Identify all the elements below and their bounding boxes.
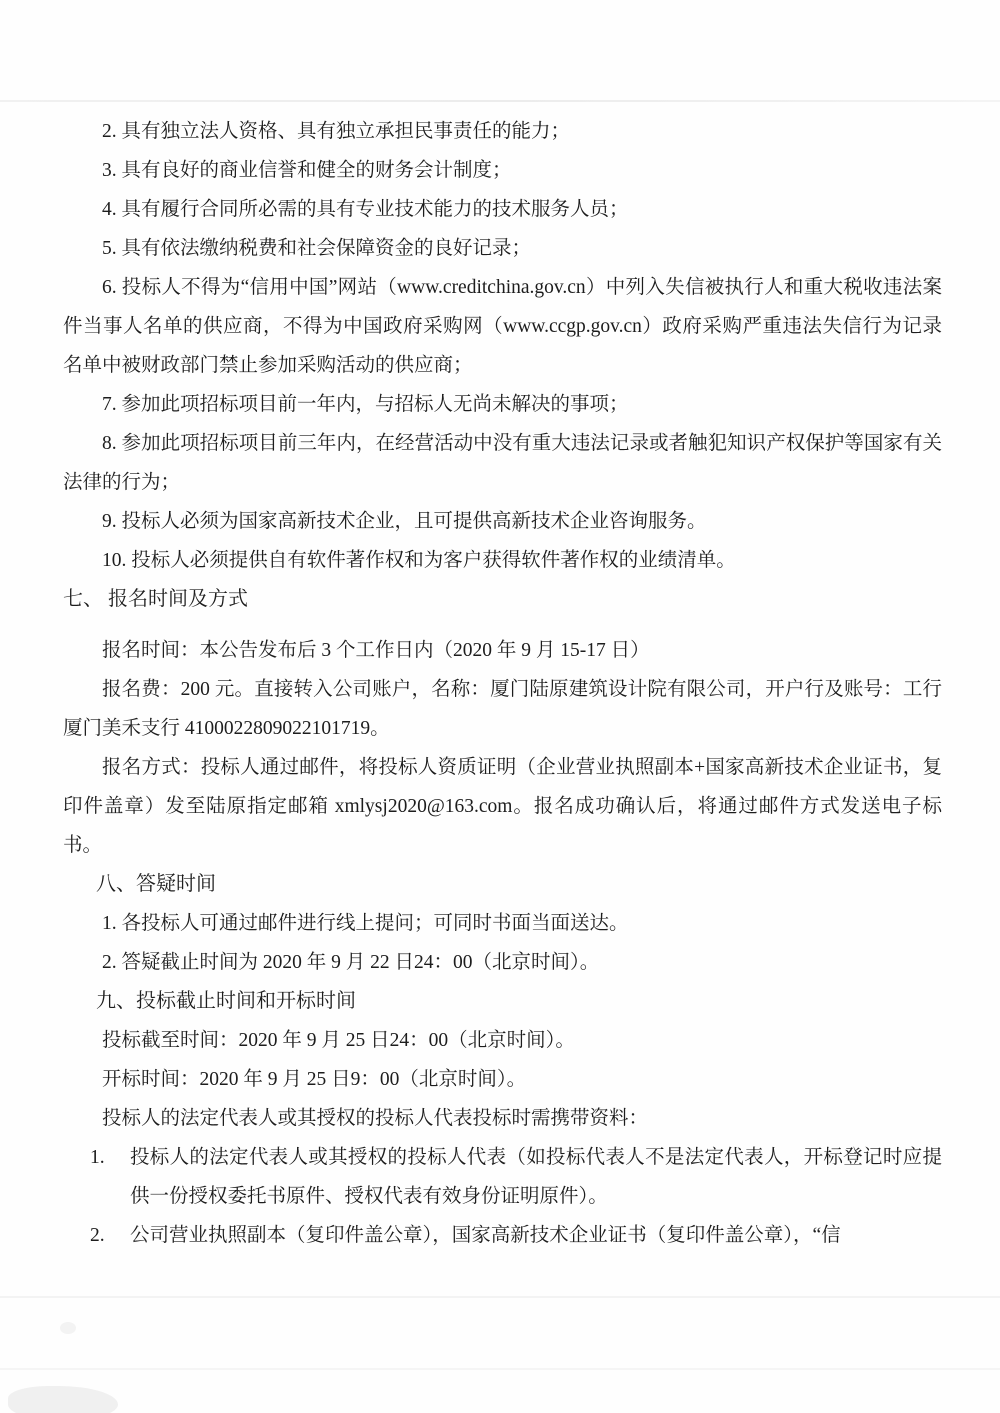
qualification-item-8: 8. 参加此项招标项目前三年内，在经营活动中没有重大违法记录或者触犯知识产权保护…	[63, 424, 942, 502]
paragraph-bid-deadline: 投标截至时间：2020 年 9 月 25 日24：00（北京时间）。	[63, 1021, 942, 1060]
section-heading-qa-time: 八、答疑时间	[63, 865, 942, 904]
qualification-item-2: 2. 具有独立法人资格、具有独立承担民事责任的能力；	[63, 112, 942, 151]
paragraph-registration-time: 报名时间：本公告发布后 3 个工作日内（2020 年 9 月 15-17 日）	[63, 631, 942, 670]
qualification-item-5: 5. 具有依法缴纳税费和社会保障资金的良好记录；	[63, 229, 942, 268]
list-item-number: 2.	[90, 1216, 130, 1255]
list-item-text: 公司营业执照副本（复印件盖公章），国家高新技术企业证书（复印件盖公章），“信	[130, 1216, 942, 1255]
materials-list-item-1: 1. 投标人的法定代表人或其授权的投标人代表（如投标代表人不是法定代表人，开标登…	[90, 1138, 942, 1216]
scan-artifact-line	[0, 100, 1000, 102]
list-item-text: 投标人的法定代表人或其授权的投标人代表（如投标代表人不是法定代表人，开标登记时应…	[130, 1138, 942, 1216]
list-item-number: 1.	[90, 1138, 130, 1216]
qualification-item-10: 10. 投标人必须提供自有软件著作权和为客户获得软件著作权的业绩清单。	[63, 541, 942, 580]
scan-artifact-smudge	[60, 1322, 76, 1334]
qualification-item-7: 7. 参加此项招标项目前一年内，与招标人无尚未解决的事项；	[63, 385, 942, 424]
materials-list-item-2: 2. 公司营业执照副本（复印件盖公章），国家高新技术企业证书（复印件盖公章），“…	[90, 1216, 942, 1255]
qualification-item-4: 4. 具有履行合同所必需的具有专业技术能力的技术服务人员；	[63, 190, 942, 229]
scan-artifact-line	[0, 1368, 1000, 1370]
paragraph-registration-method: 报名方式：投标人通过邮件，将投标人资质证明（企业营业执照副本+国家高新技术企业证…	[63, 748, 942, 865]
qualification-item-6: 6. 投标人不得为“信用中国”网站（www.creditchina.gov.cn…	[63, 268, 942, 385]
qa-item-1: 1. 各投标人可通过邮件进行线上提问；可同时书面当面送达。	[63, 904, 942, 943]
scan-artifact-line	[0, 1296, 1000, 1298]
document-page: 2. 具有独立法人资格、具有独立承担民事责任的能力； 3. 具有良好的商业信誉和…	[0, 0, 1000, 1413]
paragraph-registration-fee: 报名费：200 元。直接转入公司账户，名称：厦门陆原建筑设计院有限公司，开户行及…	[63, 670, 942, 748]
section-heading-registration: 七、 报名时间及方式	[63, 580, 942, 619]
paragraph-bid-opening-time: 开标时间：2020 年 9 月 25 日9：00（北京时间）。	[63, 1060, 942, 1099]
qa-item-2: 2. 答疑截止时间为 2020 年 9 月 22 日24：00（北京时间）。	[63, 943, 942, 982]
document-content: 2. 具有独立法人资格、具有独立承担民事责任的能力； 3. 具有良好的商业信誉和…	[63, 112, 942, 1255]
qualification-item-9: 9. 投标人必须为国家高新技术企业，且可提供高新技术企业咨询服务。	[63, 502, 942, 541]
paragraph-materials-required: 投标人的法定代表人或其授权的投标人代表投标时需携带资料：	[63, 1099, 942, 1138]
qualification-item-3: 3. 具有良好的商业信誉和健全的财务会计制度；	[63, 151, 942, 190]
scan-artifact-blob	[8, 1386, 118, 1413]
section-heading-bid-deadline: 九、投标截止时间和开标时间	[63, 982, 942, 1021]
